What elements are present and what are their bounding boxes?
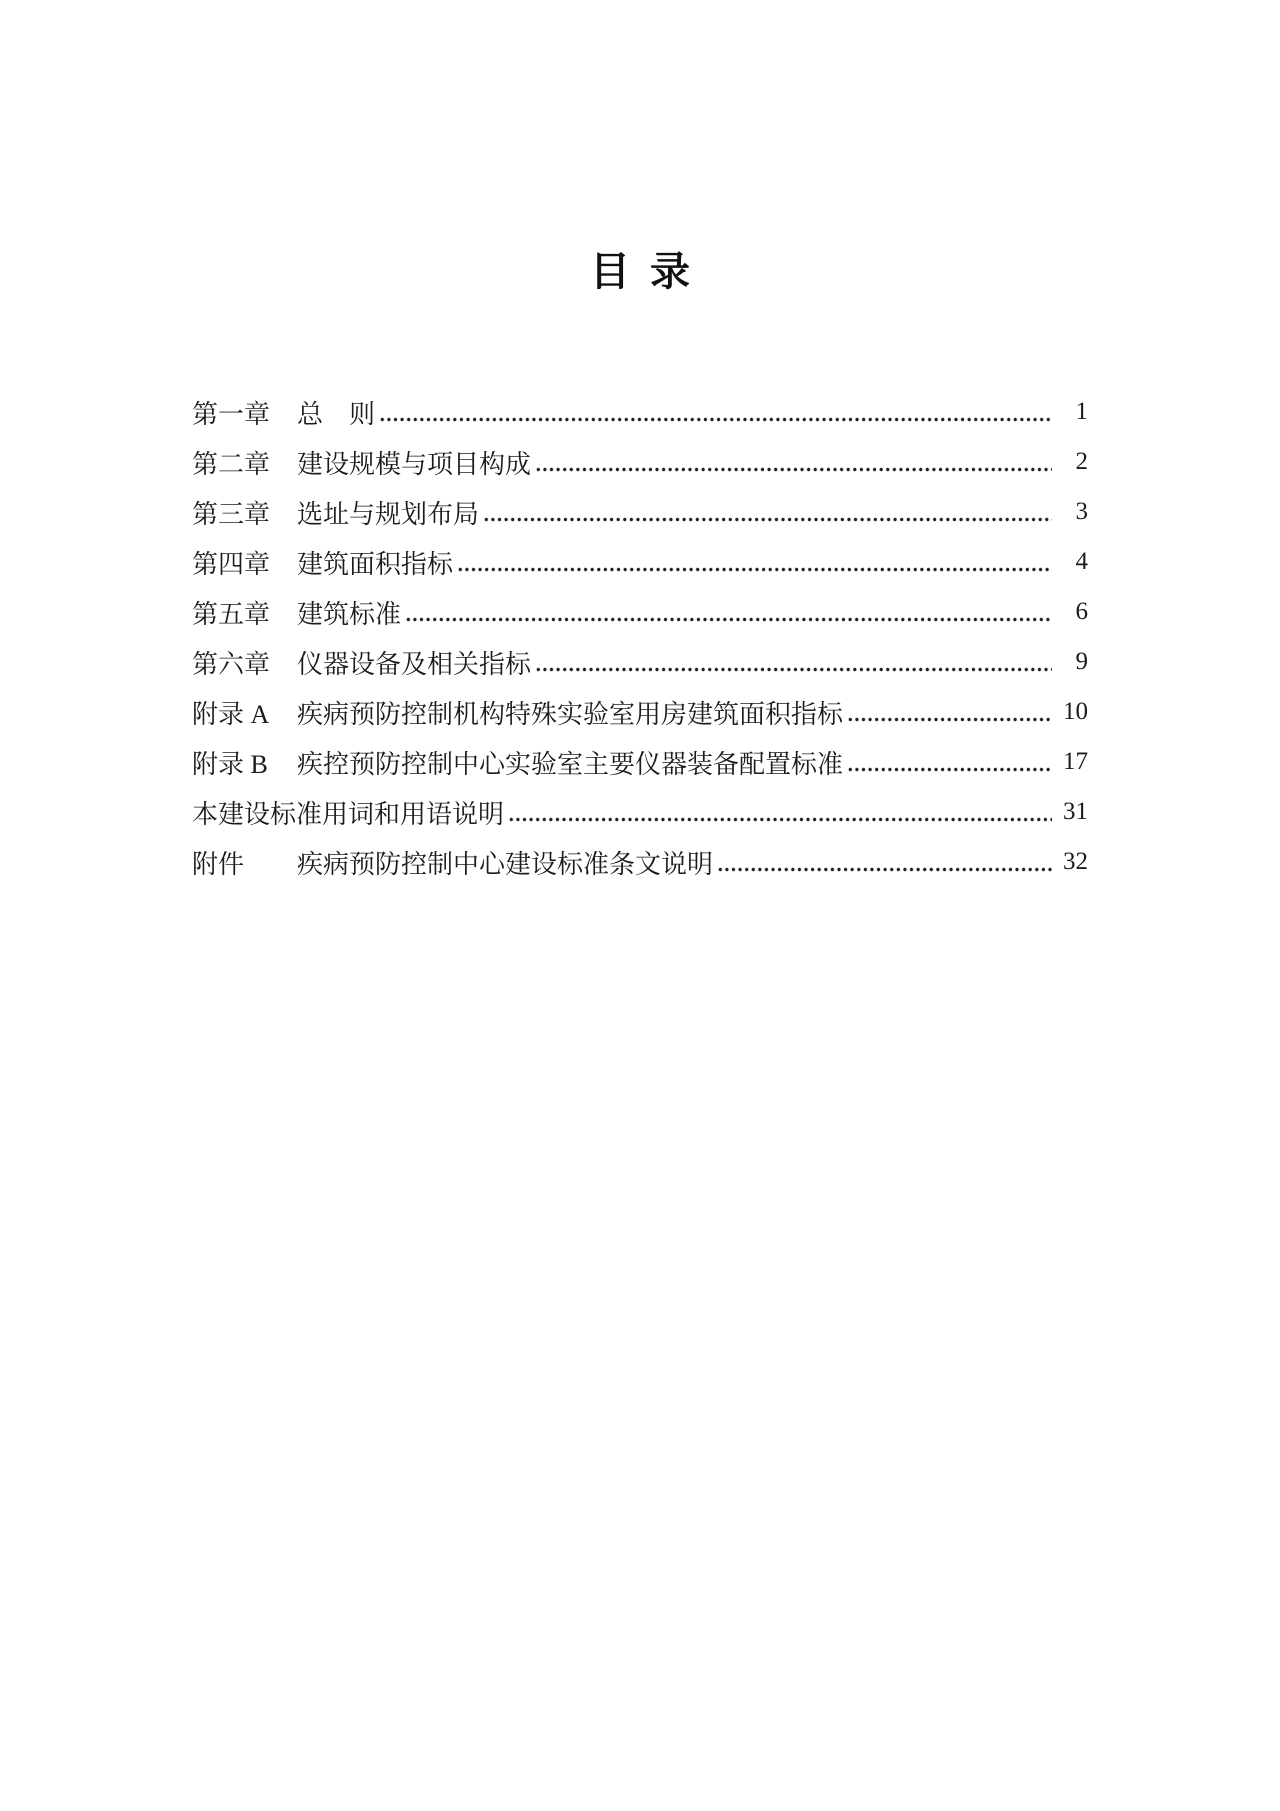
toc-entry-title: 疾控预防控制中心实验室主要仪器装备配置标准 [297,744,843,781]
toc-entry: 第二章 建设规模与项目构成 2 [192,437,1088,487]
toc-dot-leader [847,687,1052,737]
toc-dot-leader [535,637,1052,687]
toc-entry-page-number: 6 [1054,598,1088,626]
toc-entry: 第六章 仪器设备及相关指标 9 [192,637,1088,687]
toc-entry: 附录 A 疾病预防控制机构特殊实验室用房建筑面积指标 10 [192,687,1088,737]
toc-entry-title: 总 则 [297,394,375,431]
toc-entry-page-number: 9 [1054,648,1088,676]
toc-entry-page-number: 4 [1054,548,1088,576]
toc-dot-leader [405,587,1052,637]
toc-dot-leader [508,787,1052,837]
toc-entry-label: 附录 B [192,744,297,781]
toc-entry-page-number: 32 [1054,848,1088,876]
toc-entry-label: 第四章 [192,544,297,581]
toc-dot-leader [717,837,1052,887]
toc-entry-page-number: 3 [1054,498,1088,526]
toc-entry-title: 仪器设备及相关指标 [297,644,531,681]
toc-entry-label: 第六章 [192,644,297,681]
toc-entry-label: 第二章 [192,444,297,481]
toc-dot-leader [535,437,1052,487]
toc-entry-page-number: 31 [1054,798,1088,826]
toc-entry-page-number: 17 [1054,748,1088,776]
toc-entry: 本建设标准用词和用语说明 31 [192,787,1088,837]
toc-entry-title: 建筑标准 [297,594,401,631]
page-title: 目 录 [0,0,1280,294]
toc-dot-leader [457,537,1052,587]
toc-dot-leader [847,737,1052,787]
toc-entry-title: 选址与规划布局 [297,494,479,531]
toc-list: 第一章 总 则 1 第二章 建设规模与项目构成 2 第三章 选址与规划布局 3 … [192,387,1088,887]
toc-entry-title: 建设规模与项目构成 [297,444,531,481]
toc-dot-leader [379,387,1052,437]
toc-entry-page-number: 10 [1054,698,1088,726]
toc-entry-page-number: 2 [1054,448,1088,476]
toc-entry: 第五章 建筑标准 6 [192,587,1088,637]
toc-entry-label: 附录 A [192,694,297,731]
document-page: 目 录 第一章 总 则 1 第二章 建设规模与项目构成 2 第三章 选址与规划布… [0,0,1280,1811]
toc-entry: 附件 疾病预防控制中心建设标准条文说明 32 [192,837,1088,887]
toc-entry: 第一章 总 则 1 [192,387,1088,437]
toc-entry-label: 第五章 [192,594,297,631]
toc-entry-page-number: 1 [1054,398,1088,426]
toc-dot-leader [483,487,1052,537]
toc-entry-label: 第一章 [192,394,297,431]
toc-entry-label: 附件 [192,844,297,881]
toc-entry: 第四章 建筑面积指标 4 [192,537,1088,587]
toc-entry-title: 疾病预防控制机构特殊实验室用房建筑面积指标 [297,694,843,731]
toc-entry: 附录 B 疾控预防控制中心实验室主要仪器装备配置标准 17 [192,737,1088,787]
toc-entry-title: 疾病预防控制中心建设标准条文说明 [297,844,713,881]
toc-entry: 第三章 选址与规划布局 3 [192,487,1088,537]
toc-entry-label: 第三章 [192,494,297,531]
toc-entry-title: 建筑面积指标 [297,544,453,581]
toc-entry-title: 本建设标准用词和用语说明 [192,794,504,831]
